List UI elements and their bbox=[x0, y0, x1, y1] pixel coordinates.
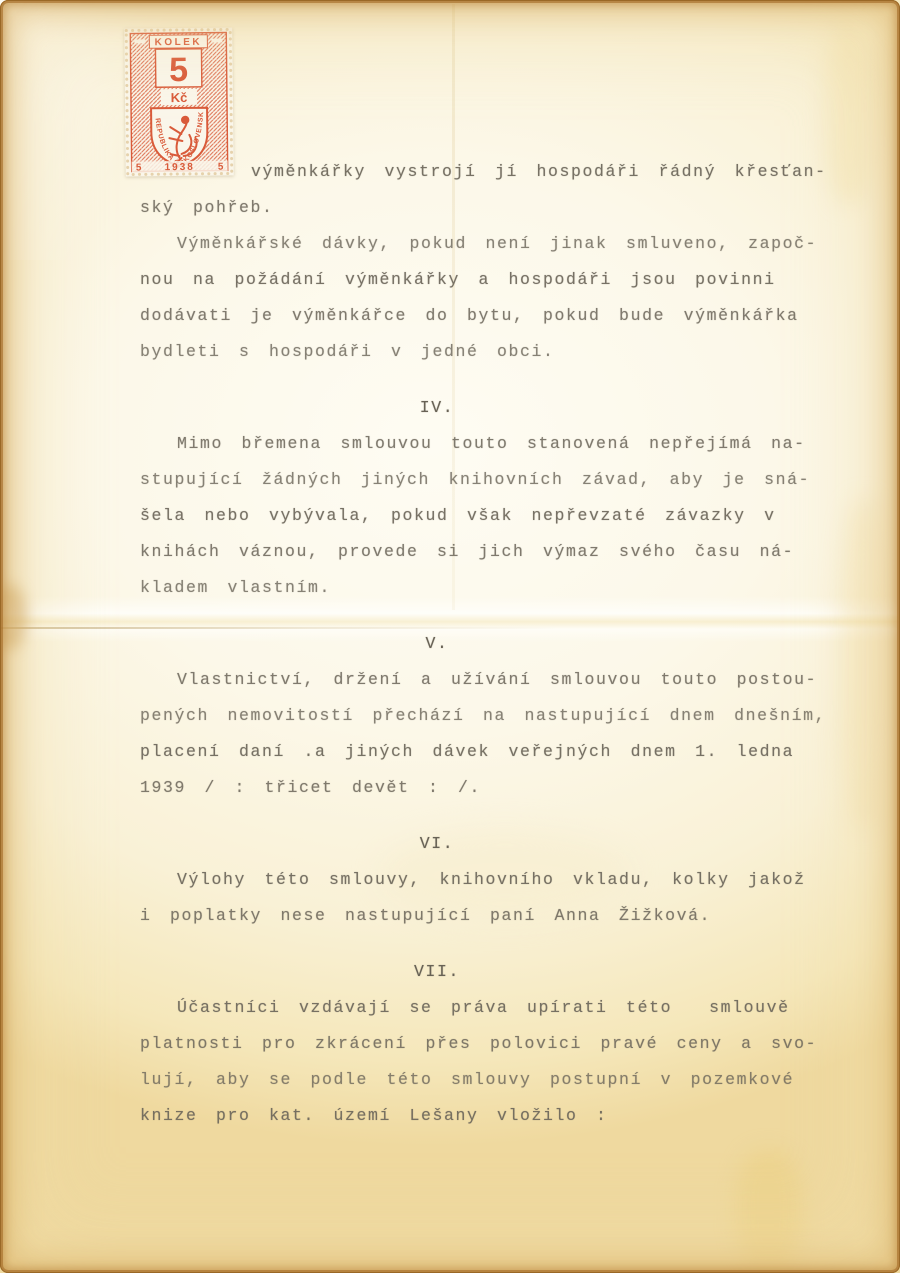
document-line: šela nebo vybývala, pokud však nepřevzat… bbox=[140, 498, 820, 534]
document-line: i poplatky nese nastupující paní Anna Ži… bbox=[140, 898, 820, 934]
document-line: placení daní .a jiných dávek veřejných d… bbox=[140, 734, 820, 770]
paper-stain bbox=[736, 1150, 802, 1270]
document-line: Mimo břemena smlouvou touto stanovená ne… bbox=[140, 426, 820, 462]
paper-stain bbox=[0, 584, 26, 650]
document-line: knize pro kat. území Lešany vložilo : bbox=[140, 1098, 820, 1134]
document-line: pených nemovitostí přechází na nastupují… bbox=[140, 698, 820, 734]
stamp-currency: Kč bbox=[171, 90, 188, 105]
document-line: výměnkářky vystrojí jí hospodáři řádný k… bbox=[140, 154, 820, 190]
stamp-label: KOLEK bbox=[155, 37, 203, 48]
document-line: kladem vlastním. bbox=[140, 570, 820, 606]
document-line: nou na požádání výměnkářky a hospodáři j… bbox=[140, 262, 820, 298]
document-line: stupující žádných jiných knihovních záva… bbox=[140, 462, 820, 498]
scanned-document-page: KOLEK 5 Kč REPUBLIKA ČESKOSLOVENSKÁ bbox=[0, 0, 900, 1273]
document-line: bydleti s hospodáři v jedné obci. bbox=[140, 334, 820, 370]
stamp-value: 5 bbox=[169, 51, 188, 89]
paper-stain bbox=[842, 500, 886, 830]
section-heading: VI. bbox=[140, 826, 820, 862]
section-heading: IV. bbox=[140, 390, 820, 426]
document-line: ský pohřeb. bbox=[140, 190, 820, 226]
section-heading: VII. bbox=[140, 954, 820, 990]
document-line: knihách váznou, provede si jich výmaz sv… bbox=[140, 534, 820, 570]
document-line: Výměnkářské dávky, pokud není jinak smlu… bbox=[140, 226, 820, 262]
section-heading: V. bbox=[140, 626, 820, 662]
document-line: Účastníci vzdávají se práva upírati této… bbox=[140, 990, 820, 1026]
document-line: dodávati je výměnkářce do bytu, pokud bu… bbox=[140, 298, 820, 334]
document-line: lují, aby se podle této smlouvy postupní… bbox=[140, 1062, 820, 1098]
text-block: výměnkářky vystrojí jí hospodáři řádný k… bbox=[140, 154, 820, 1134]
document-line: Vlastnictví, držení a užívání smlouvou t… bbox=[140, 662, 820, 698]
document-line: platnosti pro zkrácení přes polovici pra… bbox=[140, 1026, 820, 1062]
document-line: 1939 / : třicet devět : /. bbox=[140, 770, 820, 806]
paper-stain bbox=[826, 24, 874, 204]
document-line: Výlohy této smlouvy, knihovního vkladu, … bbox=[140, 862, 820, 898]
